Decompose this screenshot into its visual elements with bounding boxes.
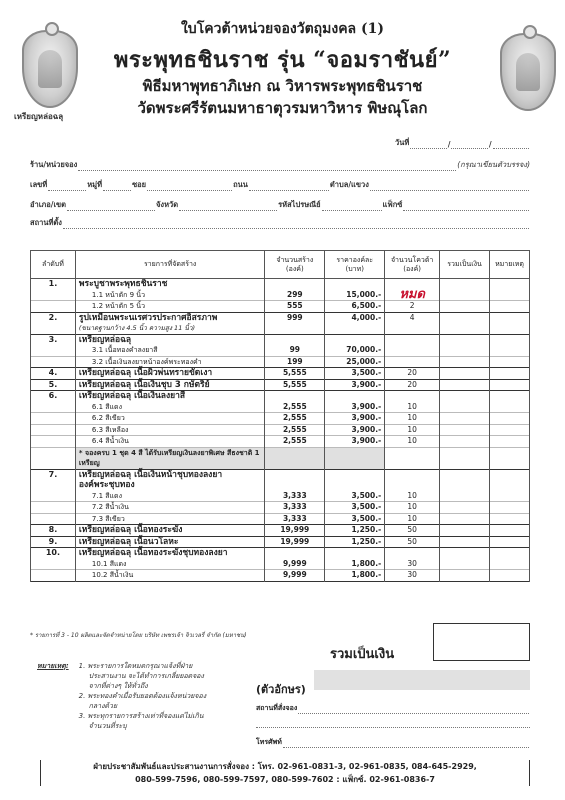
table-row: 8.เหรียญหล่อฉลุ เนื้อทองระฆัง19,9991,250… — [31, 525, 530, 537]
phone-field[interactable]: โทรศัพท์ — [256, 737, 530, 748]
item-quantity — [265, 323, 325, 334]
item-name: 6.2 สีเขียว — [75, 413, 264, 425]
item-quantity — [265, 480, 325, 491]
item-remark-input[interactable] — [489, 513, 529, 525]
item-quota[interactable]: 10 — [385, 413, 440, 425]
order-table: ลำดับที่ รายการที่จัดสร้าง จำนวนสร้าง(อง… — [30, 250, 530, 582]
road-label: ถนน — [233, 179, 248, 191]
item-name: พระบูชาพระพุทธชินราช — [75, 279, 264, 290]
item-price — [325, 323, 385, 334]
item-number — [31, 513, 76, 525]
item-price: 3,900.- — [325, 436, 385, 448]
item-price: 25,000.- — [325, 356, 385, 368]
item-name: 3.1 เนื้อทองคำลงยาสี — [75, 345, 264, 356]
item-quantity — [265, 279, 325, 290]
item-total-input[interactable] — [440, 402, 490, 413]
ceremony-subtitle: พิธีมหาพุทธาภิเษก ณ วิหารพระพุทธชินราช — [0, 74, 565, 98]
district-input[interactable] — [67, 203, 155, 211]
item-quota[interactable]: 10 — [385, 491, 440, 502]
item-price: 70,000.- — [325, 345, 385, 356]
item-number — [31, 559, 76, 570]
date-day-input[interactable] — [410, 141, 446, 149]
item-quantity: 555 — [265, 301, 325, 313]
item-total-input[interactable] — [440, 391, 490, 402]
item-total-input[interactable] — [440, 379, 490, 391]
item-quantity — [265, 469, 325, 480]
item-price: 3,900.- — [325, 402, 385, 413]
item-name: เหรียญหล่อฉลุ เนื้อผิวพ่นทรายขัดเงา — [75, 368, 264, 380]
header-total: รวมเป็นเงิน — [440, 251, 490, 279]
item-quota[interactable]: 10 — [385, 513, 440, 525]
item-quota[interactable]: 10 — [385, 502, 440, 514]
item-total-input[interactable] — [440, 513, 490, 525]
item-number — [31, 424, 76, 436]
item-quota[interactable] — [385, 548, 440, 559]
soi-label: ซอย — [132, 179, 146, 191]
item-number — [31, 447, 76, 469]
item-number: 9. — [31, 536, 76, 548]
item-number — [31, 323, 76, 334]
date-month-input[interactable] — [451, 141, 487, 149]
main-title: พระพุทธชินราช รุ่น “จอมราชันย์” — [0, 42, 565, 77]
item-quantity: 5,555 — [265, 379, 325, 391]
item-name: * จองครบ 1 ชุด 4 สี ได้รับเหรียญเงินลงยา… — [75, 447, 264, 469]
table-row: 6.เหรียญหล่อฉลุ เนื้อเงินลงยาสี — [31, 391, 530, 402]
item-name: 1.1 หน้าตัก 9 นิ้ว — [75, 290, 264, 301]
item-price — [325, 447, 385, 469]
grand-total-label: รวมเป็นเงิน — [330, 643, 394, 664]
item-quantity — [265, 391, 325, 402]
item-price: 15,000.- — [325, 290, 385, 301]
item-quantity: 9,999 — [265, 559, 325, 570]
moo-label: หมู่ที่ — [87, 179, 102, 191]
item-quota[interactable]: 2 — [385, 301, 440, 313]
item-total-input[interactable] — [440, 436, 490, 448]
table-row: 9.เหรียญหล่อฉลุ เนื้อนวโลหะ19,9991,250.-… — [31, 536, 530, 548]
item-number — [31, 491, 76, 502]
item-total-input[interactable] — [440, 301, 490, 313]
shop-label: ร้าน/หน่วยจอง — [30, 159, 77, 171]
province-input[interactable] — [179, 203, 277, 211]
location-field[interactable]: สถานที่ตั้ง — [30, 217, 530, 229]
item-number: 1. — [31, 279, 76, 290]
table-row: 6.1 สีแดง2,5553,900.-10 — [31, 402, 530, 413]
moo-input[interactable] — [103, 183, 131, 191]
order-location-input-line2[interactable] — [256, 727, 530, 728]
item-remark-input[interactable] — [489, 279, 529, 290]
item-remark-input[interactable] — [489, 502, 529, 514]
item-total-input[interactable] — [440, 290, 490, 301]
item-price: 1,800.- — [325, 570, 385, 582]
item-quota[interactable] — [385, 469, 440, 480]
shop-input[interactable] — [78, 163, 456, 171]
item-remark-input[interactable] — [489, 356, 529, 368]
item-total-input[interactable] — [440, 413, 490, 425]
house-no-input[interactable] — [48, 183, 86, 191]
item-name: เหรียญหล่อฉลุ เนื้อเงินชุบ 3 กษัตริย์ — [75, 379, 264, 391]
item-price — [325, 334, 385, 345]
item-price — [325, 469, 385, 480]
shop-field[interactable]: ร้าน/หน่วยจอง (กรุณาเขียนตัวบรรจง) — [30, 159, 530, 171]
table-row: 10.1 สีแดง9,9991,800.-30 — [31, 559, 530, 570]
item-price: 4,000.- — [325, 312, 385, 323]
item-remark-input[interactable] — [489, 379, 529, 391]
item-name: 7.1 สีแดง — [75, 491, 264, 502]
item-quantity: 3,333 — [265, 513, 325, 525]
item-remark-input[interactable] — [489, 424, 529, 436]
item-name: 1.2 หน้าตัก 5 นิ้ว — [75, 301, 264, 313]
postcode-label: รหัสไปรษณีย์ — [278, 199, 320, 211]
table-row: 7.3 สีเขียว3,3333,500.-10 — [31, 513, 530, 525]
remark-item: 2. พระทองคำเมื่อรับยอดต้องแจ้งหน่วยจองกล… — [79, 691, 209, 711]
item-total-input[interactable] — [440, 469, 490, 480]
address-row-2: อำเภอ/เขต จังหวัด รหัสไปรษณีย์ แฟ็กซ์ — [30, 199, 530, 211]
item-remark-input[interactable] — [489, 368, 529, 380]
remark-item: 1. พระรายการใดหมดกรุณาแจ้งที่ฝ่ายประสานง… — [79, 661, 209, 691]
date-year-input[interactable] — [493, 141, 529, 149]
item-name: 6.1 สีแดง — [75, 402, 264, 413]
item-number — [31, 480, 76, 491]
header-price: ราคาองค์ละ(บาท) — [325, 251, 385, 279]
item-price: 3,500.- — [325, 368, 385, 380]
table-row: องค์พระชุบทอง — [31, 480, 530, 491]
item-price: 1,800.- — [325, 559, 385, 570]
item-quantity: 999 — [265, 312, 325, 323]
location-input[interactable] — [63, 221, 529, 229]
item-number — [31, 502, 76, 514]
item-number: 3. — [31, 334, 76, 345]
item-name: เหรียญหล่อฉลุ เนื้อทองระฆังชุบทองลงยา — [75, 548, 264, 559]
item-remark-input[interactable] — [489, 312, 529, 323]
house-no-label: เลขที่ — [30, 179, 47, 191]
item-remark-input[interactable] — [489, 570, 529, 582]
item-number: 8. — [31, 525, 76, 537]
item-quota[interactable]: 50 — [385, 536, 440, 548]
contact-line-2: 080-599-7596, 080-599-7597, 080-599-7602… — [45, 773, 525, 786]
item-remark-input[interactable] — [489, 334, 529, 345]
table-row: 10.2 สีน้ำเงิน9,9991,800.-30 — [31, 570, 530, 582]
item-total-input[interactable] — [440, 368, 490, 380]
item-price — [325, 480, 385, 491]
item-name: 10.2 สีน้ำเงิน — [75, 570, 264, 582]
item-total-input[interactable] — [440, 356, 490, 368]
address-row-1: เลขที่ หมู่ที่ ซอย ถนน ตำบล/แขวง — [30, 179, 530, 191]
item-quantity: 2,555 — [265, 424, 325, 436]
item-quantity — [265, 334, 325, 345]
item-price: 3,900.- — [325, 424, 385, 436]
item-number — [31, 356, 76, 368]
item-quantity: 19,999 — [265, 525, 325, 537]
item-quota[interactable]: 10 — [385, 436, 440, 448]
item-quota[interactable] — [385, 345, 440, 356]
table-row: 1.1 หน้าตัก 9 นิ้ว29915,000.-หมด — [31, 290, 530, 301]
item-quota[interactable] — [385, 356, 440, 368]
soi-input[interactable] — [147, 183, 232, 191]
table-row: 7.เหรียญหล่อฉลุ เนื้อเงินหน้าชุบทองลงยา — [31, 469, 530, 480]
province-label: จังหวัด — [156, 199, 178, 211]
table-row: 6.2 สีเขียว2,5553,900.-10 — [31, 413, 530, 425]
subdistrict-input[interactable] — [370, 183, 529, 191]
item-remark-input[interactable] — [489, 345, 529, 356]
item-remark-input[interactable] — [489, 536, 529, 548]
item-name: 10.1 สีแดง — [75, 559, 264, 570]
order-location-input[interactable] — [298, 707, 529, 714]
item-remark-input[interactable] — [489, 559, 529, 570]
location-label: สถานที่ตั้ง — [30, 217, 62, 229]
header-remark: หมายเหตุ — [489, 251, 529, 279]
form-title: ใบโควต้าหน่วยจองวัตถุมงคล (1) — [0, 18, 565, 40]
subdistrict-label: ตำบล/แขวง — [330, 179, 369, 191]
phone-input[interactable] — [283, 741, 529, 748]
sold-out-stamp[interactable]: หมด — [385, 290, 440, 301]
table-row: 7.2 สีน้ำเงิน3,3333,500.-10 — [31, 502, 530, 514]
header-no: ลำดับที่ — [31, 251, 76, 279]
item-remark-input[interactable] — [489, 447, 529, 469]
item-remark-input[interactable] — [489, 480, 529, 491]
table-footnote: * รายการที่ 3 - 10 ผลิตและจัดจำหน่ายโดย … — [30, 630, 247, 640]
item-quantity — [265, 447, 325, 469]
table-row: 4.เหรียญหล่อฉลุ เนื้อผิวพ่นทรายขัดเงา5,5… — [31, 368, 530, 380]
item-name: เหรียญหล่อฉลุ เนื้อเงินลงยาสี — [75, 391, 264, 402]
item-name: เหรียญหล่อฉลุ เนื้อเงินหน้าชุบทองลงยา — [75, 469, 264, 480]
item-name: เหรียญหล่อฉลุ เนื้อทองระฆัง — [75, 525, 264, 537]
item-quantity: 199 — [265, 356, 325, 368]
fax-input[interactable] — [403, 203, 529, 211]
item-quantity: 3,333 — [265, 491, 325, 502]
table-row: 6.4 สีน้ำเงิน2,5553,900.-10 — [31, 436, 530, 448]
item-price: 3,500.- — [325, 502, 385, 514]
item-remark-input[interactable] — [489, 436, 529, 448]
item-quantity: 2,555 — [265, 413, 325, 425]
item-remark-input[interactable] — [489, 323, 529, 334]
item-number: 6. — [31, 391, 76, 402]
item-remark-input[interactable] — [489, 290, 529, 301]
table-row: 5.เหรียญหล่อฉลุ เนื้อเงินชุบ 3 กษัตริย์5… — [31, 379, 530, 391]
item-name: เหรียญหล่อฉลุ — [75, 334, 264, 345]
remarks-label: หมายเหตุ: — [37, 661, 69, 731]
item-number — [31, 290, 76, 301]
item-remark-input[interactable] — [489, 413, 529, 425]
item-remark-input[interactable] — [489, 469, 529, 480]
item-price — [325, 279, 385, 290]
item-remark-input[interactable] — [489, 301, 529, 313]
table-row: (ขนาดฐานกว้าง 4.5 นิ้ว ความสูง 11 นิ้ว) — [31, 323, 530, 334]
item-total-input[interactable] — [440, 525, 490, 537]
date-field[interactable]: วันที่ // — [395, 137, 530, 149]
item-price: 3,900.- — [325, 379, 385, 391]
table-row: 1.พระบูชาพระพุทธชินราช — [31, 279, 530, 290]
item-name: (ขนาดฐานกว้าง 4.5 นิ้ว ความสูง 11 นิ้ว) — [75, 323, 264, 334]
item-total-input[interactable] — [440, 424, 490, 436]
grand-total-input[interactable] — [433, 623, 530, 661]
item-price — [325, 391, 385, 402]
item-quota[interactable]: 50 — [385, 525, 440, 537]
item-price — [325, 548, 385, 559]
item-price: 3,500.- — [325, 491, 385, 502]
item-name: องค์พระชุบทอง — [75, 480, 264, 491]
contact-line-1: ฝ่ายประชาสัมพันธ์และประสานงานการสั่งจอง … — [45, 760, 525, 773]
fax-label: แฟ็กซ์ — [383, 199, 403, 211]
item-number — [31, 436, 76, 448]
item-total-input[interactable] — [440, 334, 490, 345]
table-header-row: ลำดับที่ รายการที่จัดสร้าง จำนวนสร้าง(อง… — [31, 251, 530, 279]
road-input[interactable] — [249, 183, 329, 191]
item-quota[interactable] — [385, 334, 440, 345]
temple-subtitle: วัดพระศรีรัตนมหาธาตุวรมหาวิหาร พิษณุโลก — [0, 96, 565, 120]
contact-info: ฝ่ายประชาสัมพันธ์และประสานงานการสั่งจอง … — [40, 760, 530, 786]
table-row: 2.รูปเหมือนพระนเรศวรประกาศอิสรภาพ9994,00… — [31, 312, 530, 323]
item-number — [31, 570, 76, 582]
item-name: รูปเหมือนพระนเรศวรประกาศอิสรภาพ — [75, 312, 264, 323]
item-quota[interactable] — [385, 480, 440, 491]
header-quota: จำนวนโควต้า(องค์) — [385, 251, 440, 279]
item-quantity: 299 — [265, 290, 325, 301]
item-quantity — [265, 548, 325, 559]
order-location-label: สถานที่สั่งจอง — [256, 703, 297, 714]
order-location-field[interactable]: สถานที่สั่งจอง — [256, 703, 530, 714]
table-row: 3.1 เนื้อทองคำลงยาสี9970,000.- — [31, 345, 530, 356]
item-remark-input[interactable] — [489, 391, 529, 402]
item-quota[interactable] — [385, 391, 440, 402]
item-total-input[interactable] — [440, 559, 490, 570]
item-quota[interactable]: 10 — [385, 424, 440, 436]
item-quota[interactable]: 20 — [385, 368, 440, 380]
postcode-input[interactable] — [322, 203, 382, 211]
item-remark-input[interactable] — [489, 548, 529, 559]
header-qty: จำนวนสร้าง(องค์) — [265, 251, 325, 279]
item-quantity: 99 — [265, 345, 325, 356]
item-name: 6.3 สีเหลือง — [75, 424, 264, 436]
item-quantity: 19,999 — [265, 536, 325, 548]
table-row: 6.3 สีเหลือง2,5553,900.-10 — [31, 424, 530, 436]
item-number — [31, 402, 76, 413]
amount-in-words-label: (ตัวอักษร) — [256, 680, 306, 698]
item-quota[interactable] — [385, 323, 440, 334]
item-number — [31, 345, 76, 356]
item-number — [31, 413, 76, 425]
item-number: 5. — [31, 379, 76, 391]
item-number: 10. — [31, 548, 76, 559]
date-label: วันที่ — [395, 137, 409, 149]
table-row: 3.เหรียญหล่อฉลุ — [31, 334, 530, 345]
item-price: 6,500.- — [325, 301, 385, 313]
header-item: รายการที่จัดสร้าง — [75, 251, 264, 279]
item-quota[interactable]: 30 — [385, 559, 440, 570]
item-total-input[interactable] — [440, 312, 490, 323]
item-quota[interactable]: 30 — [385, 570, 440, 582]
item-total-input[interactable] — [440, 279, 490, 290]
table-row: 7.1 สีแดง3,3333,500.-10 — [31, 491, 530, 502]
item-remark-input[interactable] — [489, 525, 529, 537]
table-row: 1.2 หน้าตัก 5 นิ้ว5556,500.-2 — [31, 301, 530, 313]
item-remark-input[interactable] — [489, 402, 529, 413]
item-total-input[interactable] — [440, 548, 490, 559]
item-name: 3.2 เนื้อเงินลงยาหน้าองค์พระทองคำ — [75, 356, 264, 368]
item-total-input[interactable] — [440, 502, 490, 514]
item-quantity: 3,333 — [265, 502, 325, 514]
item-price: 3,900.- — [325, 413, 385, 425]
item-total-input[interactable] — [440, 570, 490, 582]
item-name: 7.3 สีเขียว — [75, 513, 264, 525]
item-quantity: 2,555 — [265, 402, 325, 413]
item-quota[interactable] — [385, 447, 440, 469]
shop-hint: (กรุณาเขียนตัวบรรจง) — [457, 159, 530, 171]
item-total-input[interactable] — [440, 323, 490, 334]
item-total-input[interactable] — [440, 536, 490, 548]
table-row: 10.เหรียญหล่อฉลุ เนื้อทองระฆังชุบทองลงยา — [31, 548, 530, 559]
table-row: * จองครบ 1 ชุด 4 สี ได้รับเหรียญเงินลงยา… — [31, 447, 530, 469]
item-total-input[interactable] — [440, 491, 490, 502]
item-total-input[interactable] — [440, 480, 490, 491]
item-quantity: 2,555 — [265, 436, 325, 448]
item-number — [31, 301, 76, 313]
remarks-section: หมายเหตุ: 1. พระรายการใดหมดกรุณาแจ้งที่ฝ… — [37, 661, 209, 731]
phone-label: โทรศัพท์ — [256, 737, 282, 748]
item-total-input[interactable] — [440, 345, 490, 356]
item-remark-input[interactable] — [489, 491, 529, 502]
item-total-input[interactable] — [440, 447, 490, 469]
item-quantity: 5,555 — [265, 368, 325, 380]
item-number: 7. — [31, 469, 76, 480]
amount-in-words-input[interactable] — [314, 670, 530, 690]
item-name: 7.2 สีน้ำเงิน — [75, 502, 264, 514]
item-price: 1,250.- — [325, 525, 385, 537]
item-quantity: 9,999 — [265, 570, 325, 582]
item-number: 4. — [31, 368, 76, 380]
item-quota[interactable]: 10 — [385, 402, 440, 413]
table-row: 3.2 เนื้อเงินลงยาหน้าองค์พระทองคำ19925,0… — [31, 356, 530, 368]
item-price: 3,500.- — [325, 513, 385, 525]
item-name: เหรียญหล่อฉลุ เนื้อนวโลหะ — [75, 536, 264, 548]
district-label: อำเภอ/เขต — [30, 199, 66, 211]
item-number: 2. — [31, 312, 76, 323]
item-quota[interactable]: 20 — [385, 379, 440, 391]
item-price: 1,250.- — [325, 536, 385, 548]
item-quota[interactable]: 4 — [385, 312, 440, 323]
item-name: 6.4 สีน้ำเงิน — [75, 436, 264, 448]
remark-item: 3. พระทุกรายการสร้างเท่าที่จองแต่ไม่เกิน… — [79, 711, 209, 731]
